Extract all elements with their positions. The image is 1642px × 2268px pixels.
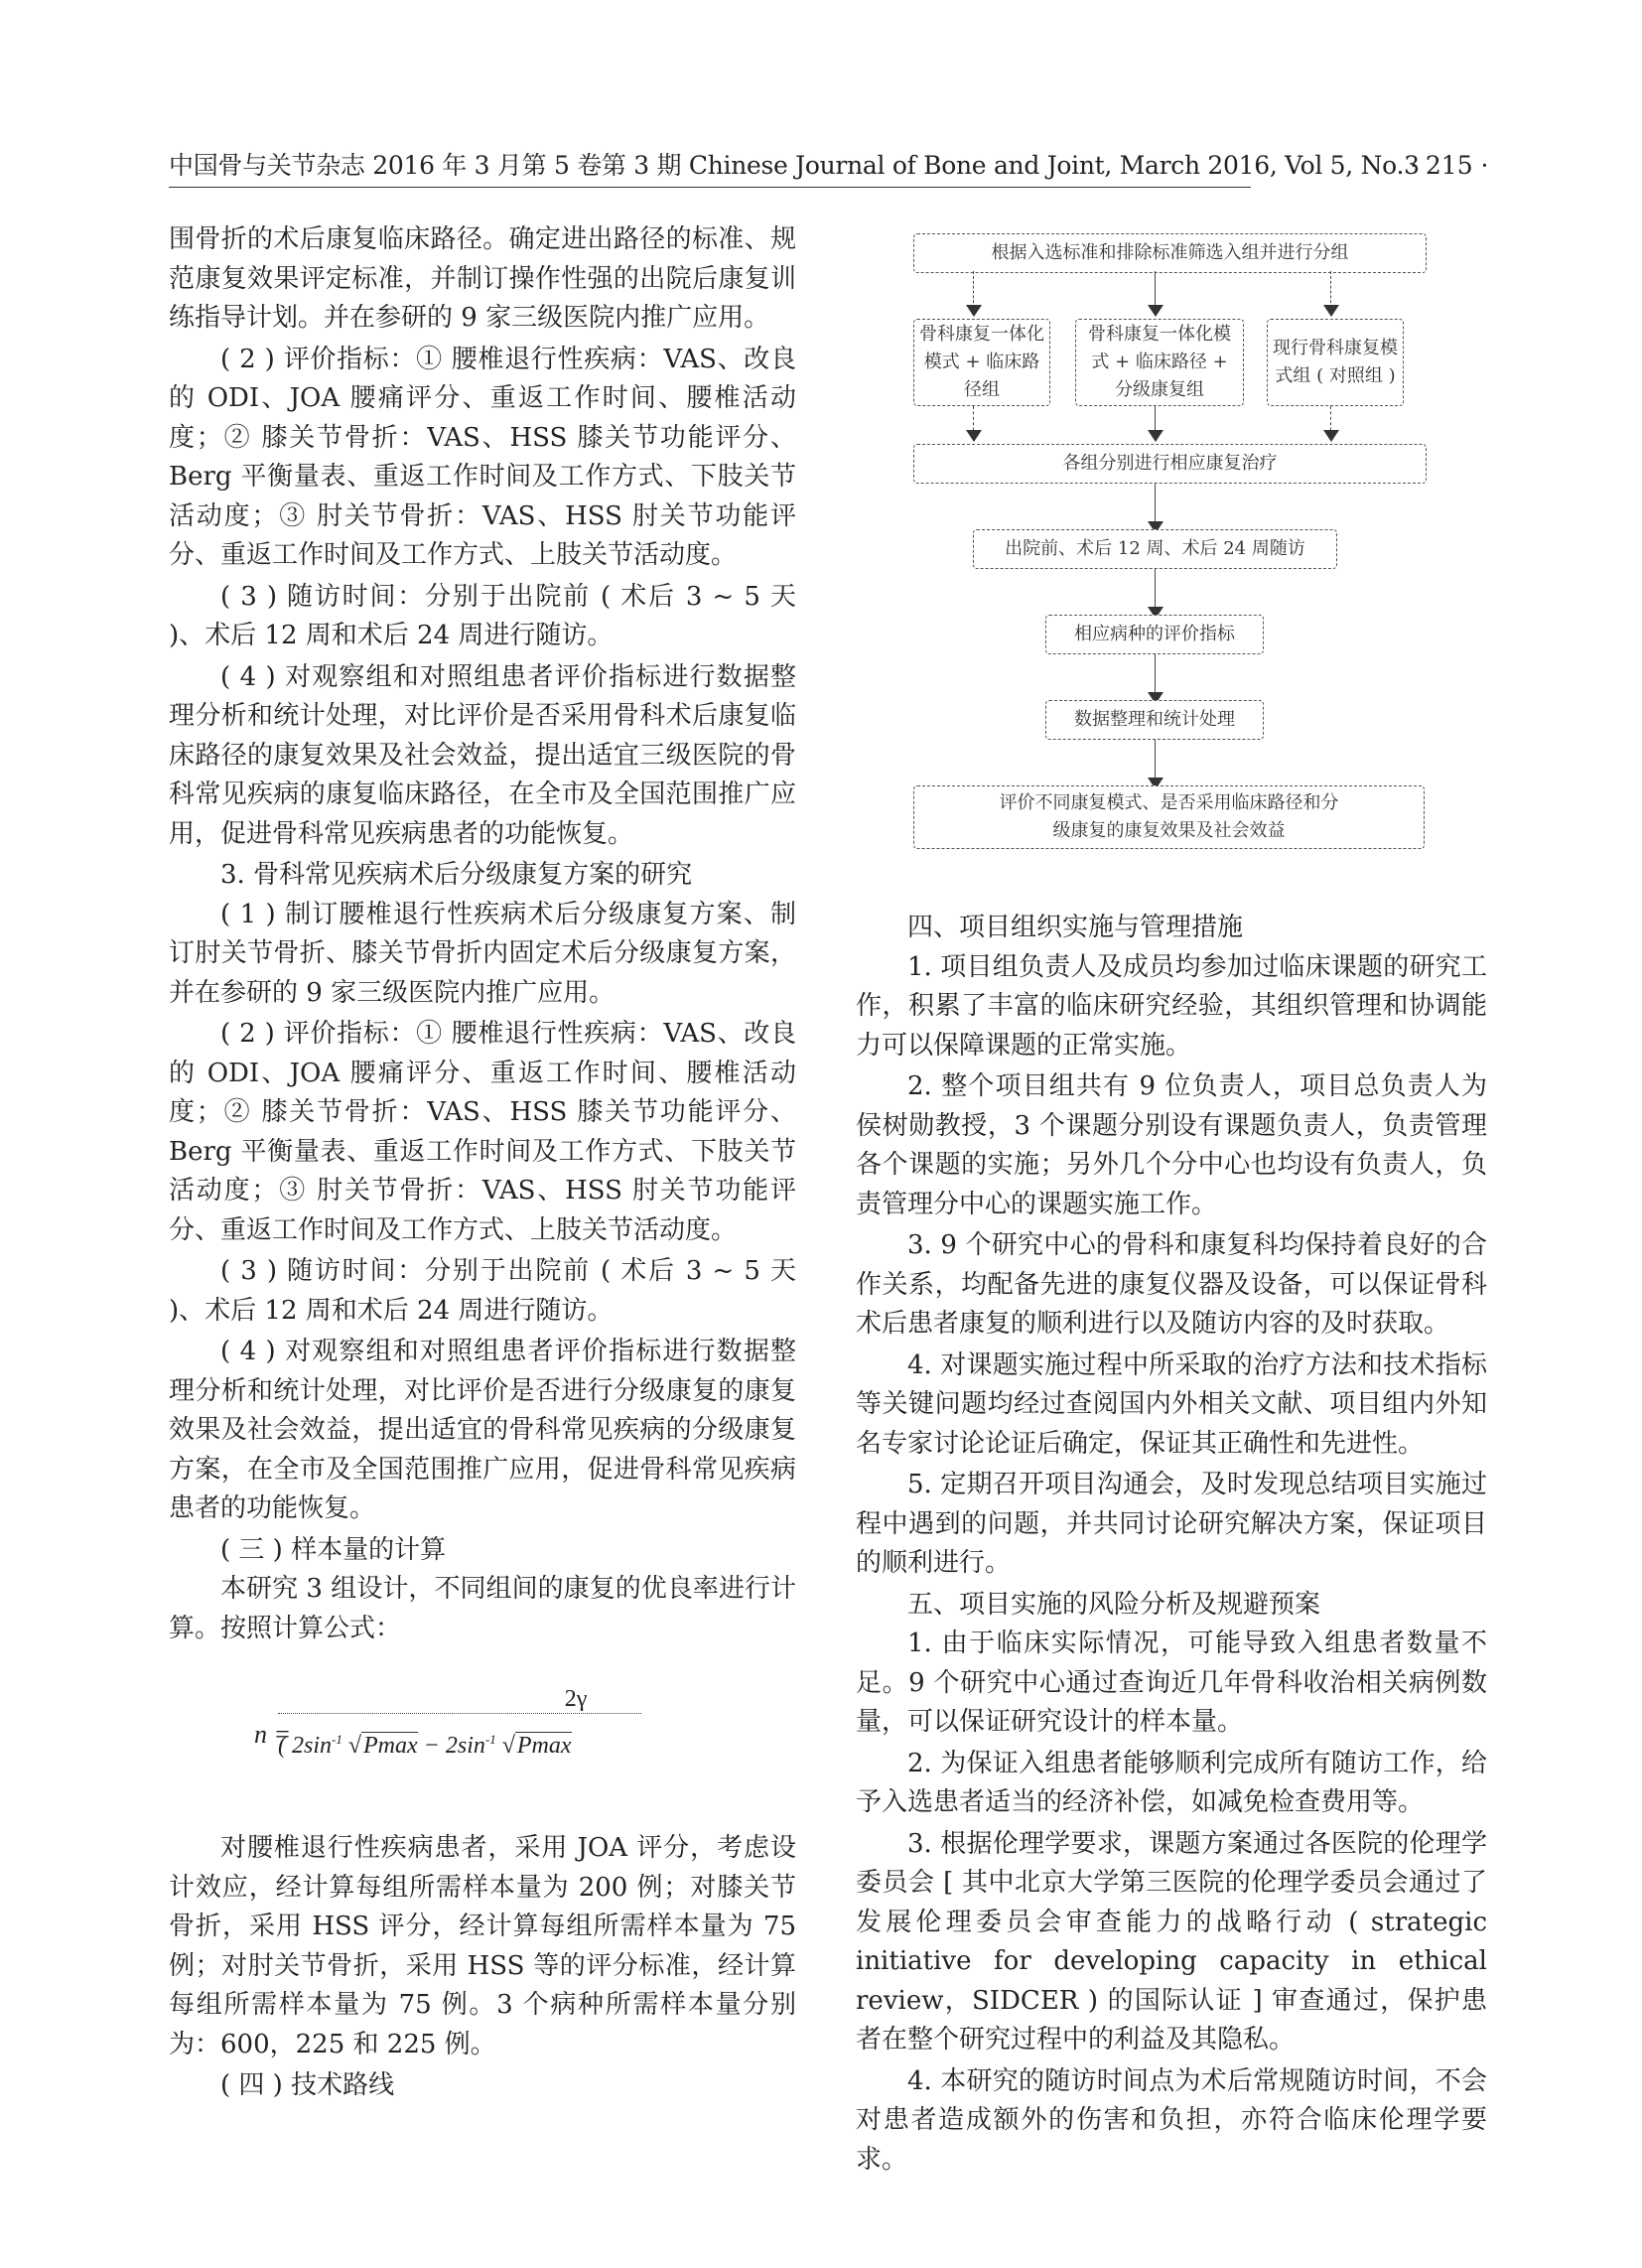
fraction-bar bbox=[278, 1713, 641, 1714]
paragraph: 对腰椎退行性疾病患者，采用 JOA 评分，考虑设计效应，经计算每组所需样本量为 … bbox=[169, 1829, 796, 2064]
flow-box-group-2: 骨科康复一体化模式 + 临床路径 + 分级康复组 bbox=[1075, 319, 1244, 406]
formula-denominator: ( 2sin-1 √Pmax − 2sin-1 √Pmax bbox=[278, 1720, 572, 1767]
paragraph: 5. 定期召开项目沟通会，及时发现总结项目实施过程中遇到的问题，并共同讨论研究解… bbox=[856, 1466, 1487, 1584]
arrow-down-icon bbox=[1148, 305, 1163, 317]
journal-citation: 中国骨与关节杂志 2016 年 3 月第 5 卷第 3 期 Chinese Jo… bbox=[169, 151, 1420, 180]
arrow-down-icon bbox=[966, 305, 982, 317]
left-column: 围骨折的术后康复临床路径。确定进出路径的标准、规范康复效果评定标准，并制订操作性… bbox=[169, 220, 796, 2106]
den-radicand-1: Pmax bbox=[361, 1732, 418, 1759]
paragraph: ( 3 ) 随访时间：分别于出院前 ( 术后 3 ~ 5 天 )、术后 12 周… bbox=[169, 578, 796, 656]
paragraph: ( 2 ) 评价指标：① 腰椎退行性疾病：VAS、改良的 ODI、JOA 腰痛评… bbox=[169, 341, 796, 576]
technical-route-flowchart: 根据入选标准和排除标准筛选入组并进行分组 骨科康复一体化模式 + 临床路径组 骨… bbox=[893, 223, 1449, 869]
section-heading: 四、项目组织实施与管理措施 bbox=[856, 909, 1487, 948]
section-heading: ( 四 ) 技术路线 bbox=[169, 2066, 796, 2106]
paragraph: ( 1 ) 制订腰椎退行性疾病术后分级康复方案、制订肘关节骨折、膝关节骨折内固定… bbox=[169, 896, 796, 1014]
sample-size-formula: n = 2γ ( 2sin-1 √Pmax − 2sin-1 √Pmax bbox=[169, 1660, 796, 1809]
right-column: 四、项目组织实施与管理措施 1. 项目组负责人及成员均参加过临床课题的研究工作，… bbox=[856, 909, 1487, 2182]
paragraph: ( 4 ) 对观察组和对照组患者评价指标进行数据整理分析和统计处理，对比评价是否… bbox=[169, 658, 796, 855]
flow-box-evaluation: 评价不同康复模式、是否采用临床路径和分级康复的康复效果及社会效益 bbox=[913, 785, 1425, 849]
arrow-down-icon bbox=[1323, 430, 1339, 442]
paragraph: 4. 本研究的随访时间点为术后常规随访时间，不会对患者造成额外的伤害和负担，亦符… bbox=[856, 2062, 1487, 2181]
flow-box-indicators: 相应病种的评价指标 bbox=[1045, 615, 1264, 654]
section-heading: 3. 骨科常见疾病术后分级康复方案的研究 bbox=[169, 856, 796, 896]
den-term-1: ( 2sin bbox=[278, 1733, 332, 1759]
section-heading: 五、项目实施的风险分析及规避预案 bbox=[856, 1586, 1487, 1626]
paragraph: ( 4 ) 对观察组和对照组患者评价指标进行数据整理分析和统计处理，对比评价是否… bbox=[169, 1333, 796, 1529]
den-sup-2: -1 bbox=[485, 1732, 496, 1747]
paragraph: 2. 为保证入组患者能够顺利完成所有随访工作，给予入选患者适当的经济补偿，如减免… bbox=[856, 1745, 1487, 1823]
paragraph: 本研究 3 组设计，不同组间的康复的优良率进行计算。按照计算公式： bbox=[169, 1570, 796, 1648]
paragraph: 1. 由于临床实际情况，可能导致入组患者数量不足。9 个研究中心通过查询近几年骨… bbox=[856, 1625, 1487, 1743]
den-sup-1: -1 bbox=[332, 1732, 342, 1747]
flow-box-group-1: 骨科康复一体化模式 + 临床路径组 bbox=[913, 319, 1050, 406]
paragraph: 4. 对课题实施过程中所采取的治疗方法和技术指标等关键问题均经过查阅国内外相关文… bbox=[856, 1347, 1487, 1465]
paragraph: 1. 项目组负责人及成员均参加过临床课题的研究工作，积累了丰富的临床研究经验，其… bbox=[856, 948, 1487, 1066]
flow-box-followup: 出院前、术后 12 周、术后 24 周随访 bbox=[973, 529, 1337, 569]
flow-box-statistics: 数据整理和统计处理 bbox=[1045, 700, 1264, 740]
paragraph: ( 3 ) 随访时间：分别于出院前 ( 术后 3 ~ 5 天 )、术后 12 周… bbox=[169, 1252, 796, 1331]
flow-box-screening: 根据入选标准和排除标准筛选入组并进行分组 bbox=[913, 233, 1427, 273]
arrow-down-icon bbox=[966, 430, 982, 442]
paragraph: 3. 根据伦理学要求，课题方案通过各医院的伦理学委员会 [ 其中北京大学第三医院… bbox=[856, 1825, 1487, 2060]
den-term-2: − 2sin bbox=[418, 1733, 485, 1759]
flow-box-group-3-control: 现行骨科康复模式组 ( 对照组 ) bbox=[1267, 319, 1404, 406]
paragraph: 2. 整个项目组共有 9 位负责人，项目总负责人为侯树勋教授，3 个课题分别设有… bbox=[856, 1067, 1487, 1224]
flow-box-treatment: 各组分别进行相应康复治疗 bbox=[913, 444, 1427, 484]
den-radicand-2: Pmax bbox=[515, 1732, 572, 1759]
paragraph: 3. 9 个研究中心的骨科和康复科均保持着良好的合作关系，均配备先进的康复仪器及… bbox=[856, 1226, 1487, 1345]
arrow-down-icon bbox=[1323, 305, 1339, 317]
arrow-down-icon bbox=[1148, 430, 1163, 442]
paragraph: ( 2 ) 评价指标：① 腰椎退行性疾病：VAS、改良的 ODI、JOA 腰痛评… bbox=[169, 1015, 796, 1250]
page-number: · 215 · bbox=[1410, 149, 1489, 183]
section-heading: ( 三 ) 样本量的计算 bbox=[169, 1531, 796, 1571]
paragraph: 围骨折的术后康复临床路径。确定进出路径的标准、规范康复效果评定标准，并制订操作性… bbox=[169, 220, 796, 339]
running-header: 中国骨与关节杂志 2016 年 3 月第 5 卷第 3 期 Chinese Jo… bbox=[169, 149, 1251, 188]
